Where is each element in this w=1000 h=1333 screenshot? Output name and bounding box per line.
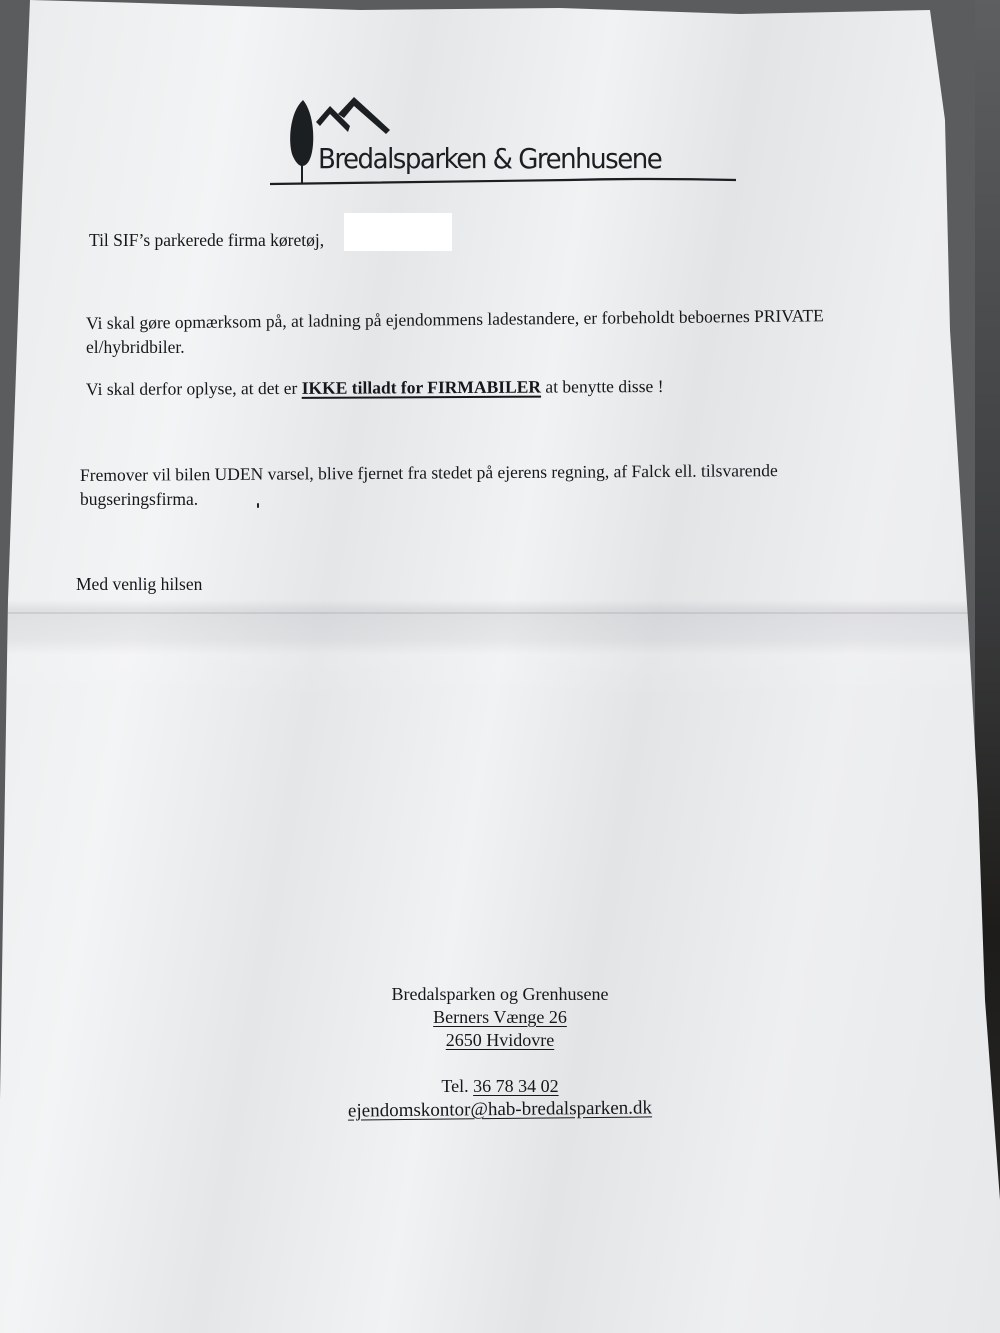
footer-name: Bredalsparken og Grenhusene [300, 984, 700, 1005]
paragraph-1-line-2: el/hybridbiler. [86, 336, 185, 358]
closing: Med venlig hilsen [76, 573, 202, 595]
organization-logo-text: Bredalsparken & Grenhusene [318, 142, 661, 175]
paragraph-3-line-1: Fremover vil bilen UDEN varsel, blive fj… [80, 459, 778, 486]
redacted-box [344, 213, 452, 251]
phone-label: Tel. [441, 1076, 473, 1096]
paragraph-2-after: at benytte disse ! [541, 376, 664, 397]
footer-phone: Tel. 36 78 34 02 [300, 1076, 700, 1097]
city-address: 2650 Hvidovre [446, 1030, 554, 1050]
salutation: Til SIF’s parkerede firma køretøj, [89, 229, 324, 251]
paragraph-1-line-1: Vi skal gøre opmærksom på, at ladning på… [86, 304, 824, 334]
paragraph-3-line-2: bugseringsfirma. [80, 488, 198, 510]
letter-paper: Bredalsparken & Grenhusene Til SIF’s par… [0, 0, 1000, 1333]
footer-email: ejendomskontor@hab-bredalsparken.dk [300, 1097, 700, 1123]
fold-crease [0, 612, 1000, 614]
footer-city: 2650 Hvidovre [300, 1030, 700, 1051]
street-address: Berners Vænge 26 [433, 1007, 567, 1027]
paragraph-2: Vi skal derfor oplyse, at det er IKKE ti… [86, 375, 664, 400]
paragraph-2-before: Vi skal derfor oplyse, at det er [86, 378, 302, 399]
ink-speck [257, 503, 259, 508]
phone-link[interactable]: 36 78 34 02 [473, 1076, 559, 1096]
paragraph-2-emphasis: IKKE tilladt for FIRMABILER [302, 377, 541, 398]
email-link[interactable]: ejendomskontor@hab-bredalsparken.dk [348, 1097, 652, 1121]
footer-street: Berners Vænge 26 [300, 1007, 700, 1028]
